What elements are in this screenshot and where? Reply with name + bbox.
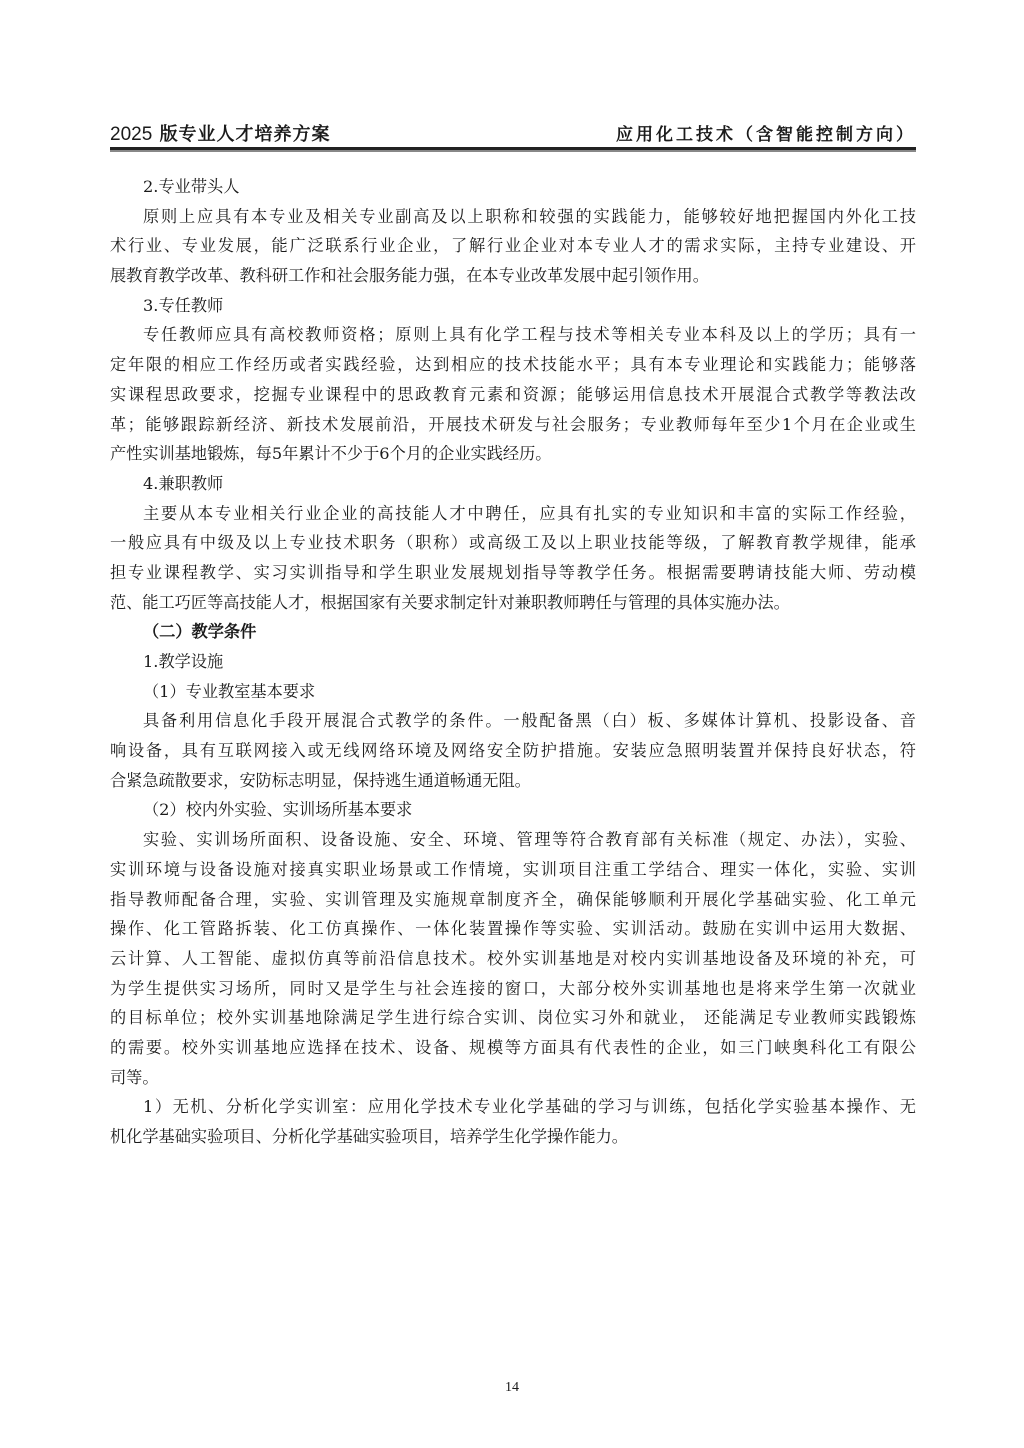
text-line: 原则上应具有本专业及相关专业副高及以上职称和较强的实践能力，能够较好地把握国内外… xyxy=(110,202,916,232)
text-line: 专任教师应具有高校教师资格；原则上具有化学工程与技术等相关专业本科及以上的学历；… xyxy=(110,320,916,350)
text-line: 指导教师配备合理，实验、实训管理及实施规章制度齐全，确保能够顺利开展化学基础实验… xyxy=(110,885,916,915)
text-line: 主要从本专业相关行业企业的高技能人才中聘任，应具有扎实的专业知识和丰富的实际工作… xyxy=(110,499,916,529)
text-line: 实训环境与设备设施对接真实职业场景或工作情境，实训项目注重工学结合、理实一体化，… xyxy=(110,855,916,885)
page-number: 14 xyxy=(0,1380,1024,1396)
text-line: 担专业课程教学、实习实训指导和学生职业发展规划指导等教学任务。根据需要聘请技能大… xyxy=(110,558,916,588)
text-line: 实验、实训场所面积、设备设施、安全、环境、管理等符合教育部有关标准（规定、办法）… xyxy=(110,825,916,855)
text-line: 的需要。校外实训基地应选择在技术、设备、规模等方面具有代表性的企业，如三门峡奥科… xyxy=(110,1033,916,1063)
text-line: 的目标单位；校外实训基地除满足学生进行综合实训、岗位实习外和就业， 还能满足专业… xyxy=(110,1003,916,1033)
text-line: 展教育教学改革、教科研工作和社会服务能力强，在本专业改革发展中起引领作用。 xyxy=(110,261,916,291)
text-line: 为学生提供实习场所，同时又是学生与社会连接的窗口，大部分校外实训基地也是将来学生… xyxy=(110,974,916,1004)
paragraph-chemistry-lab: 1）无机、分析化学实训室：应用化学技术专业化学基础的学习与训练，包括化学实验基本… xyxy=(110,1092,916,1151)
text-line: 云计算、人工智能、虚拟仿真等前沿信息技术。校外实训基地是对校内实训基地设备及环境… xyxy=(110,944,916,974)
paragraph-classroom-requirements: 具备利用信息化手段开展混合式教学的条件。一般配备黑（白）板、多媒体计算机、投影设… xyxy=(110,706,916,795)
page-header: 2025 版专业人才培养方案 应用化工技术（含智能控制方向） xyxy=(110,120,916,144)
header-program-name: 应用化工技术（含智能控制方向） xyxy=(616,120,916,145)
text-line: 范、能工巧匠等高技能人才，根据国家有关要求制定针对兼职教师聘任与管理的具体实施办… xyxy=(110,588,916,618)
header-rule-thin xyxy=(110,150,916,152)
text-line: 产性实训基地锻炼，每5年累计不少于6个月的企业实践经历。 xyxy=(110,439,916,469)
header-year: 2025 xyxy=(110,124,152,145)
section-heading-teaching-conditions: （二）教学条件 xyxy=(110,617,916,647)
paragraph-training-sites: 实验、实训场所面积、设备设施、安全、环境、管理等符合教育部有关标准（规定、办法）… xyxy=(110,825,916,1092)
text-line: 司等。 xyxy=(110,1063,916,1093)
subsection-heading-teaching-facilities: 1.教学设施 xyxy=(110,647,916,677)
text-line: 术行业、专业发展，能广泛联系行业企业，了解行业企业对本专业人才的需求实际，主持专… xyxy=(110,231,916,261)
subsection-heading-part-time-teachers: 4.兼职教师 xyxy=(110,469,916,499)
subsection-heading-program-leader: 2.专业带头人 xyxy=(110,172,916,202)
text-line: 响设备，具有互联网接入或无线网络环境及网络安全防护措施。安装应急照明装置并保持良… xyxy=(110,736,916,766)
header-document-title: 2025 版专业人才培养方案 xyxy=(110,120,331,146)
text-line: 革；能够跟踪新经济、新技术发展前沿，开展技术研发与社会服务；专业教师每年至少1个… xyxy=(110,410,916,440)
text-line: 定年限的相应工作经历或者实践经验，达到相应的技术技能水平；具有本专业理论和实践能… xyxy=(110,350,916,380)
text-line: 一般应具有中级及以上专业技术职务（职称）或高级工及以上职业技能等级，了解教育教学… xyxy=(110,528,916,558)
paragraph-program-leader: 原则上应具有本专业及相关专业副高及以上职称和较强的实践能力，能够较好地把握国内外… xyxy=(110,202,916,291)
subsection-heading-classroom-requirements: （1）专业教室基本要求 xyxy=(110,677,916,707)
text-line: 机化学基础实验项目、分析化学基础实验项目，培养学生化学操作能力。 xyxy=(110,1122,916,1152)
paragraph-part-time-teachers: 主要从本专业相关行业企业的高技能人才中聘任，应具有扎实的专业知识和丰富的实际工作… xyxy=(110,499,916,618)
document-body: 2.专业带头人 原则上应具有本专业及相关专业副高及以上职称和较强的实践能力，能够… xyxy=(110,172,916,1152)
subsection-heading-training-sites: （2）校内外实验、实训场所基本要求 xyxy=(110,795,916,825)
subsection-heading-full-time-teachers: 3.专任教师 xyxy=(110,291,916,321)
text-line: 合紧急疏散要求，安防标志明显，保持逃生通道畅通无阻。 xyxy=(110,766,916,796)
text-line: 具备利用信息化手段开展混合式教学的条件。一般配备黑（白）板、多媒体计算机、投影设… xyxy=(110,706,916,736)
text-line: 操作、化工管路拆装、化工仿真操作、一体化装置操作等实验、实训活动。鼓励在实训中运… xyxy=(110,914,916,944)
text-line: 实课程思政要求，挖掘专业课程中的思政教育元素和资源；能够运用信息技术开展混合式教… xyxy=(110,380,916,410)
header-title-text: 版专业人才培养方案 xyxy=(160,124,331,145)
paragraph-full-time-teachers: 专任教师应具有高校教师资格；原则上具有化学工程与技术等相关专业本科及以上的学历；… xyxy=(110,320,916,468)
text-line: 1）无机、分析化学实训室：应用化学技术专业化学基础的学习与训练，包括化学实验基本… xyxy=(110,1092,916,1122)
